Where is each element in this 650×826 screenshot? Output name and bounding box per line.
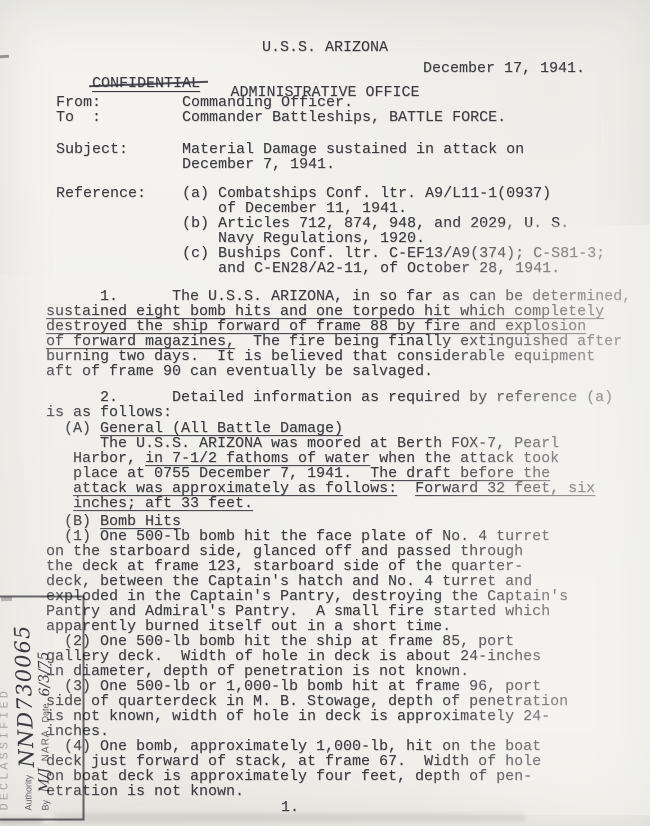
text-line: Navy Regulations, 1920. bbox=[56, 231, 605, 246]
section-b-bomb-hits: (B) Bomb Hits (1) One 500-lb bomb hit th… bbox=[46, 514, 568, 799]
stamp-agency: NARA bbox=[41, 730, 52, 762]
letterhead-title: U.S.S. ARIZONA bbox=[0, 40, 650, 55]
text-line: Pantry and Admiral's Pantry. A small fir… bbox=[46, 604, 568, 619]
text-line: sustained eight bomb hits and one torped… bbox=[46, 304, 631, 319]
text-line: destroyed the ship forward of frame 88 b… bbox=[46, 319, 631, 334]
text-line: (4) One bomb, approximately 1,000-lb, hi… bbox=[46, 739, 568, 754]
paragraph-2: 2. Detailed information as required by r… bbox=[46, 390, 613, 420]
classification-marking: CONFIDENTIAL bbox=[92, 76, 200, 91]
text-line: 2. Detailed information as required by r… bbox=[46, 390, 613, 405]
text-line: (2) One 500-lb bomb hit the ship at fram… bbox=[46, 634, 568, 649]
stamp-by-row: By M/J NARA Date 6/3/75 bbox=[37, 606, 53, 811]
reference-block: Reference: (a) Combatships Conf. ltr. A9… bbox=[56, 186, 605, 276]
page-number: 1. bbox=[281, 800, 299, 815]
text-line: is as follows: bbox=[46, 405, 613, 420]
text-line: in diameter, depth of penetration is not… bbox=[46, 664, 568, 679]
declassification-stamp: DECLASSIFIED Authority NND730065 By M/J … bbox=[0, 596, 85, 821]
text-line: attack was approximately as follows: For… bbox=[46, 481, 595, 496]
text-line: apparently burned itself out in a short … bbox=[46, 619, 568, 634]
text-line: on boat deck is approximately four feet,… bbox=[46, 769, 568, 784]
text-line: inches; aft 33 feet. bbox=[46, 496, 595, 511]
text-line: exploded in the Captain's Pantry, destro… bbox=[46, 589, 568, 604]
text-line: burning two days. It is believed that co… bbox=[46, 349, 631, 364]
text-line: place at 0755 December 7, 1941. The draf… bbox=[46, 466, 595, 481]
text-line: inches. bbox=[46, 724, 568, 739]
text-line: To : Commander Battleships, BATTLE FORCE… bbox=[56, 110, 506, 125]
text-line: (B) Bomb Hits bbox=[46, 514, 568, 529]
section-a-general: (A) General (All Battle Damage) The U.S.… bbox=[46, 421, 595, 511]
text-line: on the starboard side, glanced off and p… bbox=[46, 544, 568, 559]
address-block: From: Commanding Officer.To : Commander … bbox=[56, 95, 506, 125]
text-line: Subject: Material Damage sustained in at… bbox=[56, 142, 524, 157]
text-line: 1. The U.S.S. ARIZONA, in so far as can … bbox=[46, 289, 631, 304]
text-line: (b) Articles 712, 874, 948, and 2029, U.… bbox=[56, 216, 605, 231]
stamp-by-label: By bbox=[41, 800, 51, 811]
text-line: From: Commanding Officer. bbox=[56, 95, 506, 110]
text-line: of December 11, 1941. bbox=[56, 201, 605, 216]
subject-block: Subject: Material Damage sustained in at… bbox=[56, 142, 524, 172]
text-line: (A) General (All Battle Damage) bbox=[46, 421, 595, 436]
text-line: aft of frame 90 can eventually be salvag… bbox=[46, 364, 631, 379]
document-page: U.S.S. ARIZONA ADMINISTRATIVE OFFICE CON… bbox=[0, 0, 650, 826]
stamp-authority-row: Authority NND730065 bbox=[13, 606, 37, 811]
stamp-by-initials: M/J bbox=[36, 768, 53, 793]
text-line: December 7, 1941. bbox=[56, 157, 524, 172]
text-line: deck just forward of stack, at frame 67.… bbox=[46, 754, 568, 769]
text-line: etration is not known. bbox=[46, 784, 568, 799]
stamp-date-value: 6/3/75 bbox=[36, 651, 54, 697]
text-line: Harbor, in 7-1/2 fathoms of water when t… bbox=[46, 451, 595, 466]
stamp-date-label: Date bbox=[41, 704, 51, 723]
text-line: (c) Buships Conf. ltr. C-EF13/A9(374); C… bbox=[56, 246, 605, 261]
text-line: is not known, width of hole in deck is a… bbox=[46, 709, 568, 724]
text-line: gallery deck. Width of hole in deck is a… bbox=[46, 649, 568, 664]
stamp-authority-label: Authority bbox=[24, 775, 34, 811]
text-line: side of quarterdeck in M. B. Stowage, de… bbox=[46, 694, 568, 709]
text-line: the deck at frame 123, starboard side of… bbox=[46, 559, 568, 574]
text-line: The U.S.S. ARIZONA was moored at Berth F… bbox=[46, 436, 595, 451]
text-line: (3) One 500-lb or 1,000-lb bomb hit at f… bbox=[46, 679, 568, 694]
text-line: (1) One 500-lb bomb hit the face plate o… bbox=[46, 529, 568, 544]
text-line: of forward magazines, The fire being fin… bbox=[46, 334, 631, 349]
text-line: and C-EN28/A2-11, of October 28, 1941. bbox=[56, 261, 605, 276]
paragraph-1: 1. The U.S.S. ARIZONA, in so far as can … bbox=[46, 289, 631, 379]
date-line: December 17, 1941. bbox=[423, 61, 585, 76]
text-line: Reference: (a) Combatships Conf. ltr. A9… bbox=[56, 186, 605, 201]
stamp-authority-number: NND730065 bbox=[10, 625, 39, 769]
text-line: deck, between the Captain's hatch and No… bbox=[46, 574, 568, 589]
